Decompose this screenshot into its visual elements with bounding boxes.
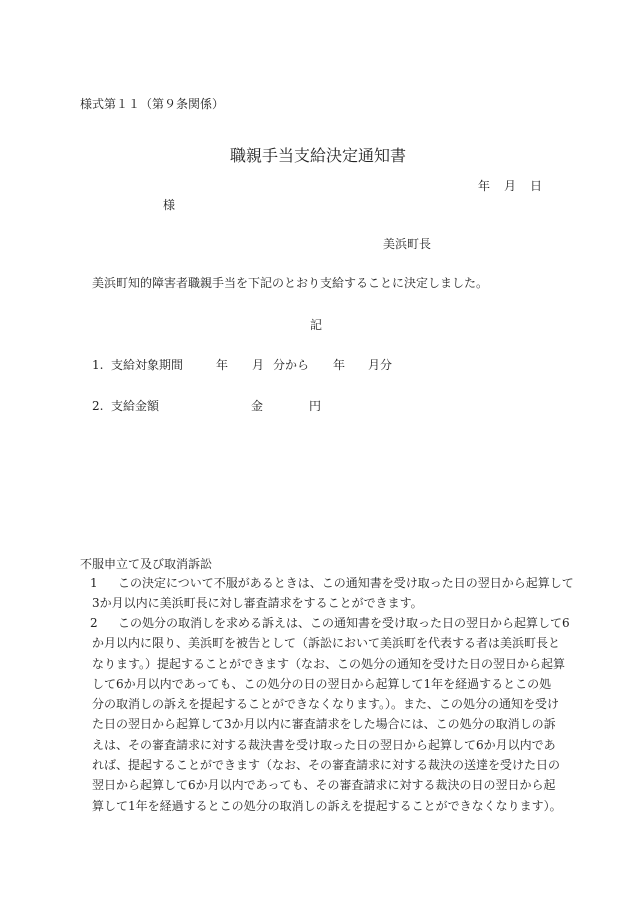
period-end-year: 年 [333,358,345,372]
clause-text: この処分の取消しを求める訴えは、この通知書を受け取った日の翌日から起算して6 [118,616,570,630]
period-start-month: 月 [252,358,264,372]
clause-line: た日の翌日から起算して3か月以内に審査請求をした場合には、この処分の取消しの訴 [80,714,560,734]
clause-line: か月以内に限り、美浜町を被告として（訴訟において美浜町を代表する者は美浜町長と [80,633,560,653]
objection-heading: 不服申立て及び取消訴訟 [80,557,212,571]
clause-number: 1 [80,573,118,593]
clause-line: 翌日から起算して6か月以内であっても、その審査請求に対する裁決の日の翌日から起 [80,775,560,795]
objection-clause-1: 1この決定について不服があるときは、この通知書を受け取った日の翌日から起算して … [80,573,560,614]
clause-line: 分の取消しの訴えを提起することができなくなります。）。また、この処分の通知を受け [80,694,560,714]
intro-text: 美浜町知的障害者職親手当を下記のとおり支給することに決定しました。 [92,276,488,290]
date-field: 年月日 [478,179,542,193]
item-label: 支給金額 [111,399,159,413]
clause-number: 2 [80,613,118,633]
issuer: 美浜町長 [383,237,431,251]
clause-line: 3か月以内に美浜町長に対し審査請求をすることができます。 [80,593,560,613]
date-month: 月 [504,179,530,193]
period-end-month: 月分 [368,358,392,372]
clause-line: 1この決定について不服があるときは、この通知書を受け取った日の翌日から起算して [80,573,560,593]
form-number: 様式第１１（第９条関係） [80,97,224,111]
clause-line: 算して1年を経過するとこの処分の取消しの訴えを提起することができなくなります）。 [80,796,560,816]
clause-line: えは、その審査請求に対する裁決書を受け取った日の翌日から起算して6か月以内であ [80,735,560,755]
amount-prefix: 金 [251,399,263,413]
clause-text: この決定について不服があるときは、この通知書を受け取った日の翌日から起算して [118,576,574,590]
date-year: 年 [478,179,504,193]
item-number: 2. [92,399,103,413]
period-from: 分から [273,358,309,372]
clause-line: して6か月以内であっても、この処分の日の翌日から起算して1年を経過するとこの処 [80,674,560,694]
recipient-suffix: 様 [163,198,175,212]
document-title: 職親手当支給決定通知書 [230,147,406,165]
amount-suffix: 円 [309,399,321,413]
objection-clause-2: 2この処分の取消しを求める訴えは、この通知書を受け取った日の翌日から起算して6 … [80,613,560,816]
clause-line: なります。）提起することができます（なお、この処分の通知を受けた日の翌日から起算 [80,654,560,674]
clause-line: 2この処分の取消しを求める訴えは、この通知書を受け取った日の翌日から起算して6 [80,613,560,633]
period-start-year: 年 [216,358,228,372]
item-label: 支給対象期間 [111,358,183,372]
ki-heading: 記 [310,318,322,332]
clause-line: れば、提起することができます（なお、その審査請求に対する裁決の送達を受けた日の [80,755,560,775]
item-number: 1. [92,358,103,372]
date-day: 日 [530,179,542,193]
